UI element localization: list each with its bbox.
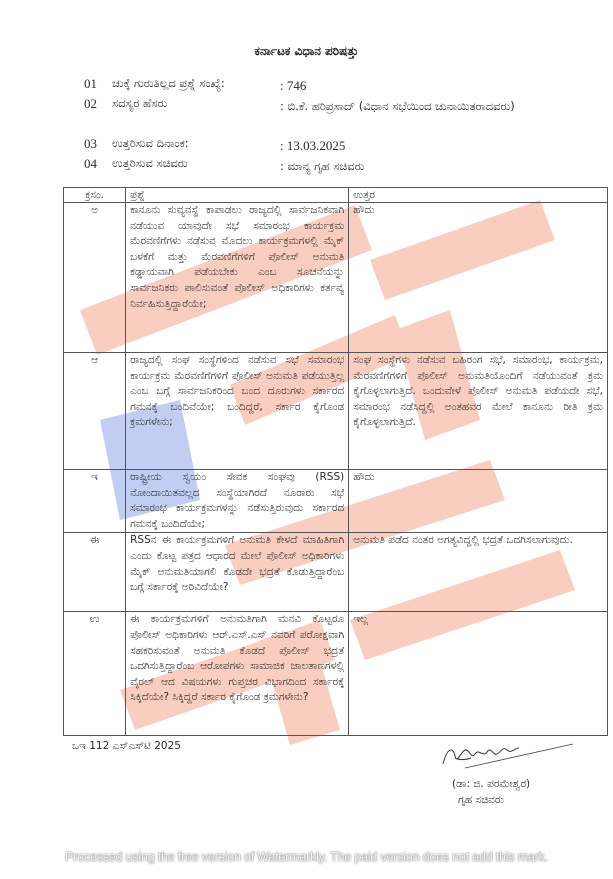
meta-value: : 13.03.2025	[280, 136, 544, 156]
meta-label: ಚುಕ್ಕೆ ಗುರುತಿಲ್ಲದ ಪ್ರಶ್ನೆ ಸಂಖ್ಯೆ:	[112, 76, 280, 91]
row-answer: ಸಂಘ ಸಂಸ್ಥೆಗಳು ನಡೆಸುವ ಬಹಿರಂಗ ಸಭೆ, ಸಮಾರಂಭ,…	[349, 353, 608, 470]
meta-value: : ಬಿ.ಕೆ. ಹರಿಪ್ರಸಾದ್ (ವಿಧಾನ ಸಭೆಯಿಂದ ಚುನಾಯ…	[280, 96, 515, 116]
row-serial: ಇ	[64, 470, 126, 533]
row-answer: ಅನುಮತಿ ಪಡೆದ ನಂತರ ಅಗತ್ಯವಿದ್ದಲ್ಲಿ ಭದ್ರತೆ ಒ…	[349, 533, 608, 612]
question-answer-table: ಕ್ರಸಂ. ಪ್ರಶ್ನೆ ಉತ್ತರ ಅ ಕಾನೂನು ಸುವ್ಯವಸ್ಥೆ…	[63, 187, 608, 736]
row-serial: ಉ	[64, 612, 126, 736]
header-serial-number: ಕ್ರಸಂ.	[64, 188, 126, 203]
row-question: ಕಾನೂನು ಸುವ್ಯವಸ್ಥೆ ಕಾಪಾಡಲು ರಾಜ್ಯದಲ್ಲಿ ಸಾರ…	[126, 203, 349, 353]
header-answer: ಉತ್ತರ	[349, 188, 608, 203]
table-row: ಆ ರಾಜ್ಯದಲ್ಲಿ ಸಂಘ ಸಂಸ್ಥೆಗಳಿಂದ ನಡೆಸುವ ಸಭೆ …	[64, 353, 608, 470]
table-header-row: ಕ್ರಸಂ. ಪ್ರಶ್ನೆ ಉತ್ತರ	[64, 188, 608, 203]
meta-row-question-number: 01 ಚುಕ್ಕೆ ಗುರುತಿಲ್ಲದ ಪ್ರಶ್ನೆ ಸಂಖ್ಯೆ: : 7…	[84, 76, 544, 96]
file-reference: ಒಇ 112 ಎಸ್‌ಎಸ್‌ಟಿ 2025	[72, 740, 181, 753]
row-question: RSSನ ಈ ಕಾರ್ಯಕ್ರಮಗಳಿಗೆ ಅನುಮತಿ ಕೇಳದೆ ಮಾಹಿತ…	[126, 533, 349, 612]
table-row: ಅ ಕಾನೂನು ಸುವ್ಯವಸ್ಥೆ ಕಾಪಾಡಲು ರಾಜ್ಯದಲ್ಲಿ ಸ…	[64, 203, 608, 353]
signatory-name: (ಡಾ: ಜಿ. ಪರಮೇಶ್ವರ)	[452, 776, 530, 792]
meta-label: ಉತ್ತರಿಸುವ ಸಚಿವರು	[112, 156, 280, 171]
meta-label: ಸದಸ್ಯರ ಹೆಸರು	[112, 96, 280, 111]
meta-row-answering-minister: 04 ಉತ್ತರಿಸುವ ಸಚಿವರು : ಮಾನ್ಯ ಗೃಹ ಸಚಿವರು	[84, 156, 544, 176]
meta-num: 01	[84, 76, 112, 92]
signatory-title: ಗೃಹ ಸಚಿವರು	[452, 792, 530, 808]
document-page: ಕರ್ನಾಟಕ ವಿಧಾನ ಪರಿಷತ್ತು 01 ಚುಕ್ಕೆ ಗುರುತಿಲ…	[0, 0, 613, 879]
row-question: ಈ ಕಾರ್ಯಕ್ರಮಗಳಿಗೆ ಅನುಮತಿಗಾಗಿ ಮನವಿ ಕೊಟ್ಟರೂ…	[126, 612, 349, 736]
watermark-notice: Processed using the free version of Wate…	[0, 850, 613, 864]
table-row: ಉ ಈ ಕಾರ್ಯಕ್ರಮಗಳಿಗೆ ಅನುಮತಿಗಾಗಿ ಮನವಿ ಕೊಟ್ಟ…	[64, 612, 608, 736]
signatory-block: (ಡಾ: ಜಿ. ಪರಮೇಶ್ವರ) ಗೃಹ ಸಚಿವರು	[452, 776, 530, 808]
row-serial: ಈ	[64, 533, 126, 612]
row-serial: ಆ	[64, 353, 126, 470]
row-answer: ಹೌದು	[349, 203, 608, 353]
meta-num: 03	[84, 136, 112, 152]
row-serial: ಅ	[64, 203, 126, 353]
meta-row-answer-date: 03 ಉತ್ತರಿಸುವ ದಿನಾಂಕ: : 13.03.2025	[84, 136, 544, 156]
table-row: ಇ ರಾಷ್ಟ್ರೀಯ ಸ್ವಯಂ ಸೇವಕ ಸಂಘವು (RSS) ನೋಂದಾ…	[64, 470, 608, 533]
header-question: ಪ್ರಶ್ನೆ	[126, 188, 349, 203]
meta-value: : ಮಾನ್ಯ ಗೃಹ ಸಚಿವರು	[280, 156, 544, 176]
document-title: ಕರ್ನಾಟಕ ವಿಧಾನ ಪರಿಷತ್ತು	[0, 44, 613, 59]
meta-num: 02	[84, 96, 112, 112]
meta-num: 04	[84, 156, 112, 172]
row-question: ರಾಜ್ಯದಲ್ಲಿ ಸಂಘ ಸಂಸ್ಥೆಗಳಿಂದ ನಡೆಸುವ ಸಭೆ ಸಮ…	[126, 353, 349, 470]
meta-value: : 746	[280, 76, 544, 96]
signature-mark	[435, 742, 575, 772]
question-metadata: 01 ಚುಕ್ಕೆ ಗುರುತಿಲ್ಲದ ಪ್ರಶ್ನೆ ಸಂಖ್ಯೆ: : 7…	[84, 76, 544, 176]
meta-row-member-name: 02 ಸದಸ್ಯರ ಹೆಸರು : ಬಿ.ಕೆ. ಹರಿಪ್ರಸಾದ್ (ವಿಧ…	[84, 96, 544, 136]
table-row: ಈ RSSನ ಈ ಕಾರ್ಯಕ್ರಮಗಳಿಗೆ ಅನುಮತಿ ಕೇಳದೆ ಮಾಹ…	[64, 533, 608, 612]
meta-label: ಉತ್ತರಿಸುವ ದಿನಾಂಕ:	[112, 136, 280, 151]
row-answer: ಇಲ್ಲ	[349, 612, 608, 736]
row-question: ರಾಷ್ಟ್ರೀಯ ಸ್ವಯಂ ಸೇವಕ ಸಂಘವು (RSS) ನೋಂದಾಯಿ…	[126, 470, 349, 533]
row-answer: ಹೌದು	[349, 470, 608, 533]
